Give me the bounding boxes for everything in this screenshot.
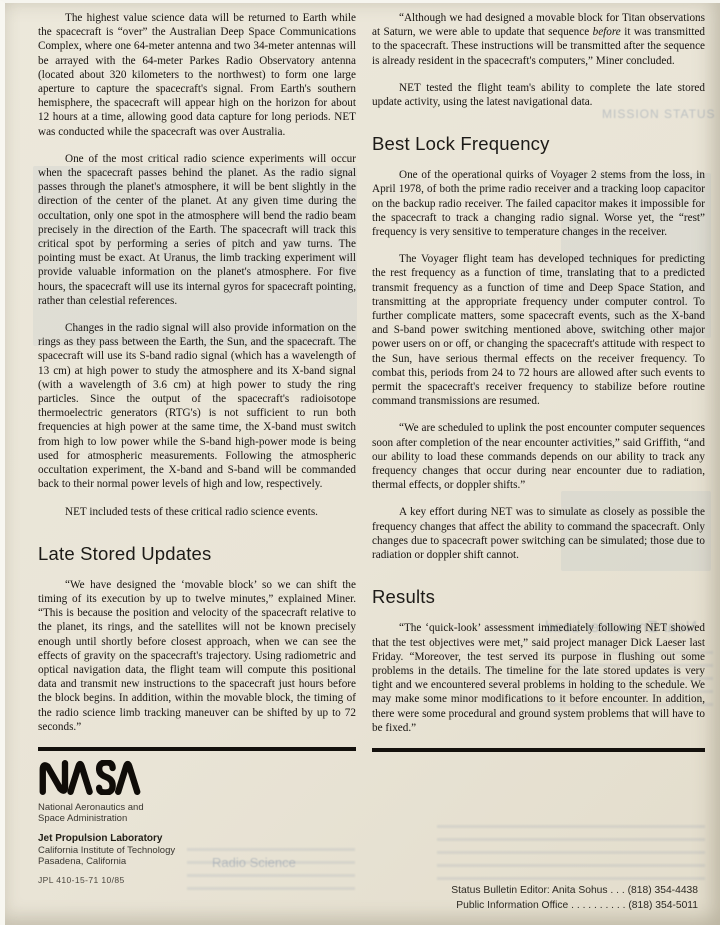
right-footer-rule <box>372 748 705 752</box>
right-column: “Although we had designed a movable bloc… <box>372 11 705 752</box>
titan-quote-italic-word: before <box>593 26 621 38</box>
agency-name-line1: National Aeronautics and <box>38 802 356 814</box>
paragraph-net-included-tests: NET included tests of these critical rad… <box>38 505 356 519</box>
lab-name: Jet Propulsion Laboratory <box>38 833 356 845</box>
heading-best-lock-frequency: Best Lock Frequency <box>372 133 705 155</box>
paragraph-net-tested-ability: NET tested the flight team's ability to … <box>372 81 705 109</box>
public-information-office-line: Public Information Office . . . . . . . … <box>451 898 698 913</box>
nasa-worm-logo-icon <box>38 760 356 800</box>
left-column: The highest value science data will be r… <box>38 11 356 885</box>
paragraph-rest-frequency-techniques: The Voyager flight team has developed te… <box>372 252 705 408</box>
heading-late-stored-updates: Late Stored Updates <box>38 543 356 565</box>
paragraph-ring-signal-changes: Changes in the radio signal will also pr… <box>38 321 356 491</box>
paragraph-simulate-frequency-changes: A key effort during NET was to simulate … <box>372 505 705 562</box>
bulletin-page: MISSION STATUS R Near Encounter Load Rad… <box>0 0 720 925</box>
paragraph-highest-value-data: The highest value science data will be r… <box>38 11 356 139</box>
agency-name-line2: Space Administration <box>38 813 356 825</box>
paragraph-uplink-post-encounter: “We are scheduled to uplink the post enc… <box>372 421 705 492</box>
contact-footer: Status Bulletin Editor: Anita Sohus . . … <box>451 883 698 913</box>
jpl-footer: National Aeronautics and Space Administr… <box>38 760 356 885</box>
paragraph-voyager-quirks: One of the operational quirks of Voyager… <box>372 168 705 239</box>
bleed-lines <box>437 825 705 883</box>
city-name: Pasadena, California <box>38 856 356 868</box>
heading-results: Results <box>372 586 705 608</box>
paragraph-titan-movable-block: “Although we had designed a movable bloc… <box>372 11 705 68</box>
status-bulletin-editor-line: Status Bulletin Editor: Anita Sohus . . … <box>451 883 698 898</box>
institute-name: California Institute of Technology <box>38 845 356 857</box>
paragraph-movable-block-quote: “We have designed the ‘movable block’ so… <box>38 578 356 734</box>
document-number: JPL 410-15-71 10/85 <box>38 875 356 885</box>
paragraph-quick-look-assessment: “The ‘quick-look’ assessment immediately… <box>372 621 705 735</box>
paragraph-occultation-experiment: One of the most critical radio science e… <box>38 152 356 308</box>
left-footer-rule <box>38 747 356 751</box>
